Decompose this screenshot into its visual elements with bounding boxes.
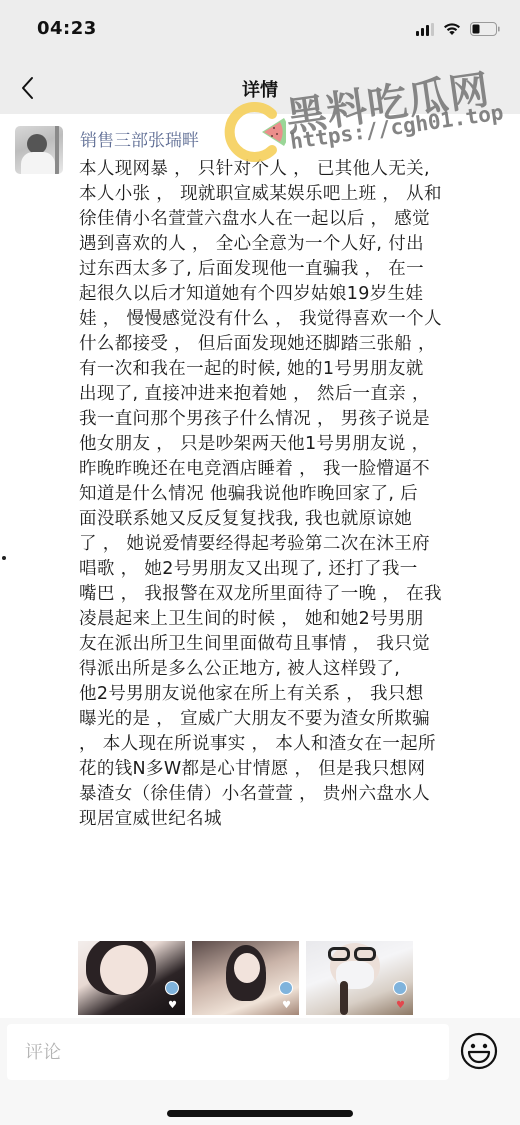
stray-dot — [2, 556, 6, 560]
status-bar: 04:23 — [0, 0, 520, 62]
avatar-head-shape — [27, 134, 47, 154]
avatar-badge-icon — [279, 981, 293, 995]
comment-bar — [0, 1018, 520, 1125]
heart-icon: ♥ — [168, 1001, 178, 1010]
braid-shape — [340, 981, 348, 1015]
smiley-face-icon — [459, 1031, 499, 1071]
post-text: 本人现网暴 ， 只针对个人 ， 已其他人无关, 本人小张 ， 现就职宣威某娱乐吧… — [79, 157, 504, 832]
avatar-background-shape — [55, 126, 59, 174]
signal-icon — [416, 23, 434, 36]
emoji-button[interactable] — [459, 1031, 499, 1071]
avatar-badge-icon — [165, 981, 179, 995]
avatar-body-shape — [21, 152, 55, 174]
photo-face-shape — [234, 953, 260, 983]
post-author[interactable]: 销售三部张瑞畔 — [80, 126, 199, 151]
post-image-1[interactable]: ♥ — [78, 941, 185, 1015]
wifi-icon — [443, 22, 461, 36]
comment-input[interactable] — [7, 1024, 449, 1080]
photo-face-shape — [100, 945, 148, 995]
nav-bar: 详情 — [0, 62, 520, 114]
post-detail: 销售三部张瑞畔 本人现网暴 ， 只针对个人 ， 已其他人无关, 本人小张 ， 现… — [0, 114, 520, 1018]
status-icons — [416, 22, 500, 36]
page-title: 详情 — [0, 76, 520, 102]
avatar[interactable] — [15, 126, 63, 174]
battery-icon — [470, 22, 500, 36]
heart-icon: ♥ — [396, 1001, 406, 1010]
post-image-2[interactable]: ♥ — [192, 941, 299, 1015]
heart-icon: ♥ — [282, 1001, 292, 1010]
post-images: ♥ ♥ ♥ — [78, 941, 413, 1015]
avatar-badge-icon — [393, 981, 407, 995]
post-image-3[interactable]: ♥ — [306, 941, 413, 1015]
glasses-shape — [328, 947, 350, 961]
home-indicator[interactable] — [167, 1110, 353, 1117]
status-time: 04:23 — [37, 18, 97, 39]
glasses-shape — [354, 947, 376, 961]
